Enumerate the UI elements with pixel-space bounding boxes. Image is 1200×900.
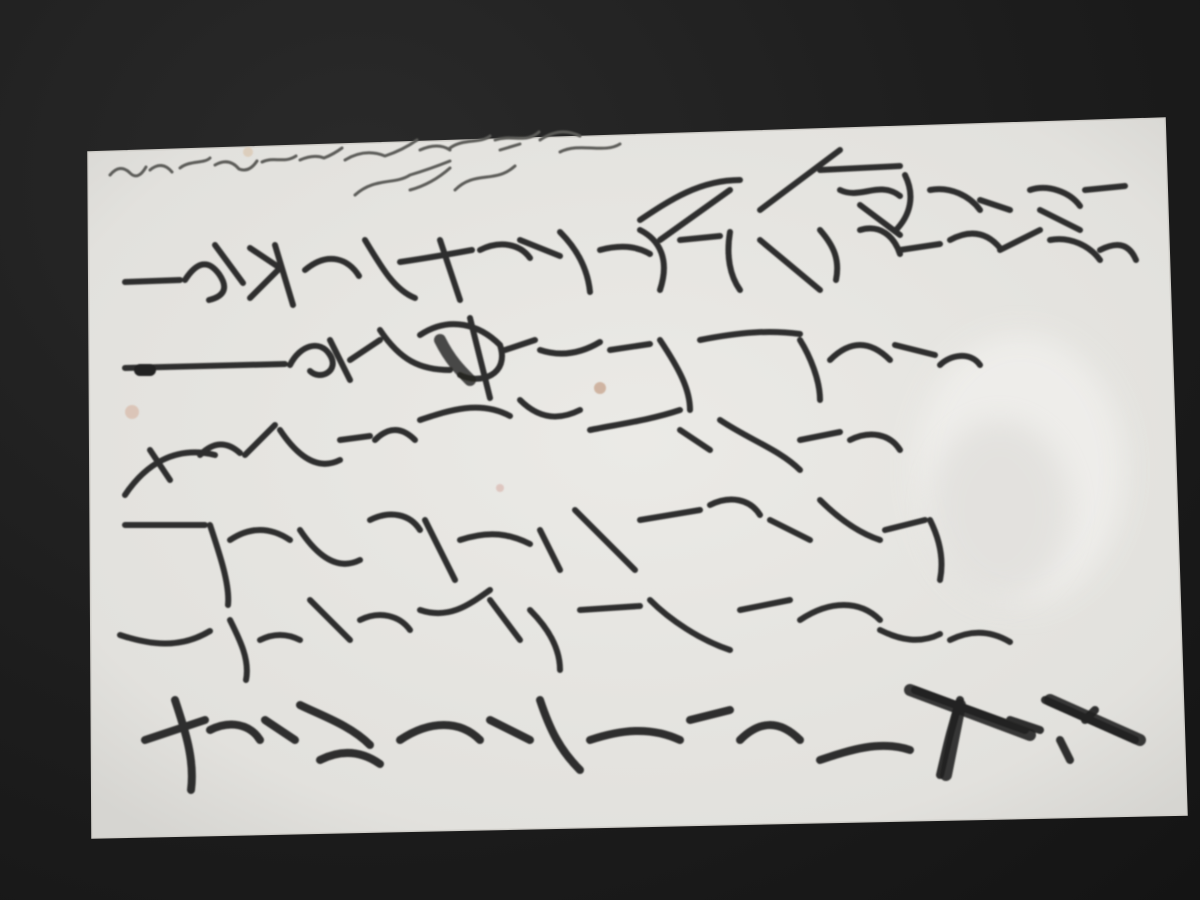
stain — [125, 405, 139, 419]
stain — [594, 382, 606, 394]
postcard-photo-svg — [0, 0, 1200, 900]
photograph: Handwritten brush-script postcard on dar… — [0, 0, 1200, 900]
stain — [496, 484, 504, 492]
stain — [243, 147, 253, 157]
